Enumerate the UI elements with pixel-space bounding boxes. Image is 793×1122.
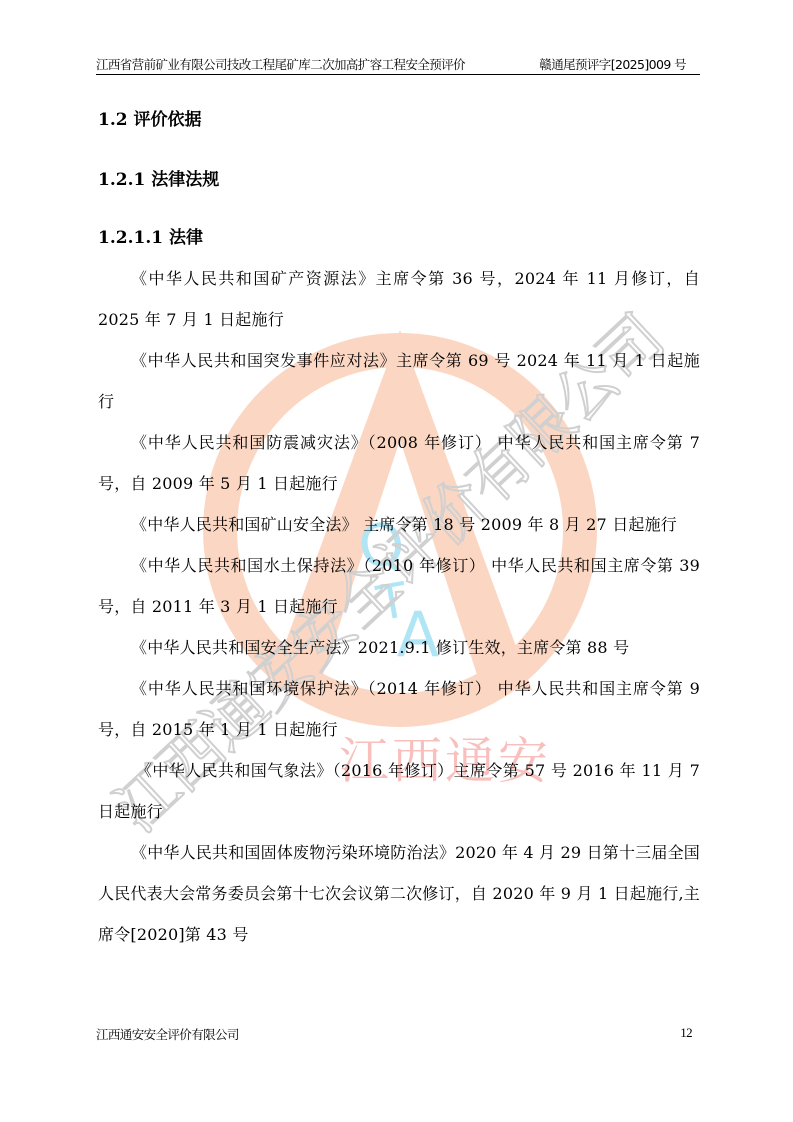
footer-company: 江西通安安全评价有限公司 [96,1025,239,1043]
page-number: 12 [680,1025,692,1043]
law-item: 《中华人民共和国固体废物污染环境防治法》2020 年 4 月 29 日第十三届全… [98,832,700,955]
law-item: 《中华人民共和国矿产资源法》主席令第 36 号，2024 年 11 月修订，自 … [98,258,700,340]
law-item: 《中华人民共和国气象法》（2016 年修订）主席令第 57 号 2016 年 1… [98,750,700,832]
document-number: 赣通尾预评字[2025]009 号 [539,55,700,74]
page-header: 江西省营前矿业有限公司技改工程尾矿库二次加高扩容工程安全预评价 赣通尾预评字[2… [96,55,700,75]
law-item: 《中华人民共和国矿山安全法》 主席令第 18 号 2009 年 8 月 27 日… [98,504,700,545]
section-heading-1-2: 1.2 评价依据 [98,100,700,140]
document-body: 1.2 评价依据 1.2.1 法律法规 1.2.1.1 法律 《中华人民共和国矿… [98,100,700,955]
section-heading-1-2-1-1: 1.2.1.1 法律 [98,218,700,258]
law-item: 《中华人民共和国防震减灾法》（2008 年修订） 中华人民共和国主席令第 7 号… [98,422,700,504]
project-title: 江西省营前矿业有限公司技改工程尾矿库二次加高扩容工程安全预评价 [96,55,465,74]
law-item: 《中华人民共和国安全生产法》2021.9.1 修订生效，主席令第 88 号 [98,627,700,668]
law-item: 《中华人民共和国突发事件应对法》主席令第 69 号 2024 年 11 月 1 … [98,340,700,422]
law-item: 《中华人民共和国环境保护法》（2014 年修订） 中华人民共和国主席令第 9 号… [98,668,700,750]
page-footer: 江西通安安全评价有限公司 12 [96,1025,692,1043]
section-heading-1-2-1: 1.2.1 法律法规 [98,160,700,200]
law-item: 《中华人民共和国水土保持法》（2010 年修订） 中华人民共和国主席令第 39 … [98,545,700,627]
